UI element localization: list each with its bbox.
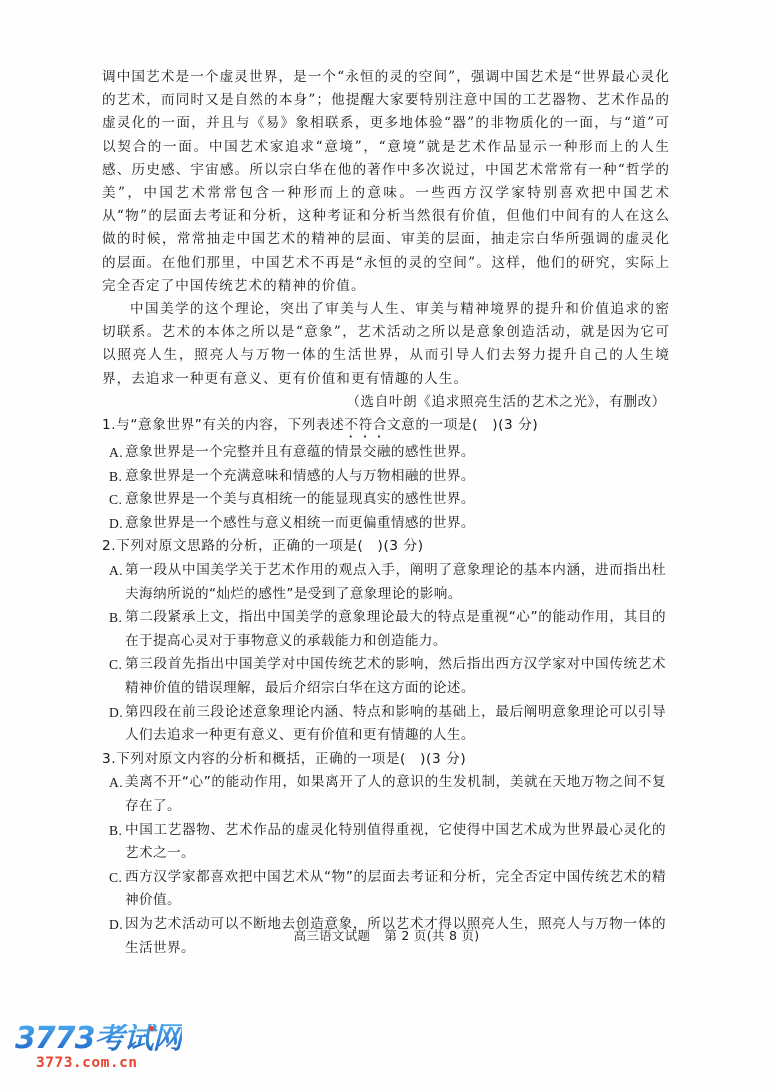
option-text: 意象世界是一个美与真相统一的能显现真实的感性世界。: [125, 488, 670, 512]
logo-3773-icon: 3773考试网: [15, 1024, 182, 1054]
passage-source: （选自叶朗《追求照亮生活的艺术之光》，有删改）: [102, 391, 670, 414]
option-letter: D.: [109, 512, 125, 536]
option-letter: C.: [109, 488, 125, 512]
option-c: C.第三段首先指出中国美学对中国传统艺术的影响，然后指出西方汉学家对中国传统艺术…: [102, 653, 670, 700]
option-b: B.第二段紧承上文，指出中国美学的意象理论最大的特点是重视“心”的能动作用，其目…: [102, 606, 670, 653]
option-d: D.第四段在前三段论述意象理论内涵、特点和影响的基础上，最后阐明意象理论可以引导…: [102, 701, 670, 748]
page-number: 第 2 页(共 8 页): [384, 928, 479, 943]
stem-text: 与“意象世界”有关的内容，下列表述: [116, 417, 344, 433]
option-text: 第二段紧承上文，指出中国美学的意象理论最大的特点是重视“心”的能动作用，其目的在…: [125, 606, 670, 653]
option-letter: A.: [109, 441, 125, 465]
option-b: B.意象世界是一个充满意味和情感的人与万物相融的世界。: [102, 465, 670, 489]
question-number: 1.: [102, 417, 116, 433]
page-footer: 高三语文试题第 2 页(共 8 页): [0, 926, 773, 944]
option-text: 第一段从中国美学关于艺术作用的观点入手，阐明了意象理论的基本内涵，进而指出杜夫海…: [125, 559, 670, 606]
option-a: A.第一段从中国美学关于艺术作用的观点入手，阐明了意象理论的基本内涵，进而指出杜…: [102, 559, 670, 606]
option-letter: C.: [109, 653, 125, 700]
question-stem: 1.与“意象世界”有关的内容，下列表述不符合文意的一项是( )(3 分): [102, 414, 670, 441]
option-text: 中国工艺器物、艺术作品的虚灵化特别值得重视，它使得中国艺术成为世界最心灵化的艺术…: [125, 819, 670, 866]
option-b: B.中国工艺器物、艺术作品的虚灵化特别值得重视，它使得中国艺术成为世界最心灵化的…: [102, 819, 670, 866]
question-stem: 3.下列对原文内容的分析和概括，正确的一项是( )(3 分): [102, 748, 670, 772]
option-letter: D.: [109, 701, 125, 748]
option-c: C.意象世界是一个美与真相统一的能显现真实的感性世界。: [102, 488, 670, 512]
option-text: 西方汉学家都喜欢把中国艺术从“物”的层面去考证和分析，完全否定中国传统艺术的精神…: [125, 866, 670, 913]
question-number: 3.: [102, 751, 116, 767]
exam-page: 调中国艺术是一个虚灵世界，是一个“永恒的灵的空间”，强调中国艺术是“世界最心灵化…: [0, 0, 773, 1092]
question-number: 2.: [102, 538, 116, 554]
page-content: 调中国艺术是一个虚灵世界，是一个“永恒的灵的空间”，强调中国艺术是“世界最心灵化…: [102, 66, 670, 960]
option-letter: B.: [109, 606, 125, 653]
watermark-logo[interactable]: 3773考试网 3773.com.cn: [15, 1024, 175, 1074]
passage-paragraph-2: 中国美学的这个理论，突出了审美与人生、审美与精神境界的提升和价值追求的密切联系。…: [102, 298, 670, 391]
passage-paragraph-1: 调中国艺术是一个虚灵世界，是一个“永恒的灵的空间”，强调中国艺术是“世界最心灵化…: [102, 66, 670, 298]
option-text: 意象世界是一个完整并且有意蕴的情景交融的感性世界。: [125, 441, 670, 465]
stem-text-end: 文意的一项是( )(3 分): [387, 417, 538, 433]
question-2: 2.下列对原文思路的分析，正确的一项是( )(3 分) A.第一段从中国美学关于…: [102, 535, 670, 747]
question-stem: 2.下列对原文思路的分析，正确的一项是( )(3 分): [102, 535, 670, 559]
watermark-domain[interactable]: 3773.com.cn: [36, 1055, 138, 1071]
option-a: A.美离不开“心”的能动作用，如果离开了人的意识的生发机制，美就在天地万物之间不…: [102, 771, 670, 818]
option-letter: A.: [109, 771, 125, 818]
option-letter: B.: [109, 819, 125, 866]
option-text: 第四段在前三段论述意象理论内涵、特点和影响的基础上，最后阐明意象理论可以引导人们…: [125, 701, 670, 748]
logo-dot-icon: [149, 1026, 154, 1031]
stem-text: 下列对原文内容的分析和概括，正确的一项是( )(3 分): [116, 751, 466, 767]
stem-emphasis: 不符合: [344, 417, 387, 433]
option-letter: B.: [109, 465, 125, 489]
option-a: A.意象世界是一个完整并且有意蕴的情景交融的感性世界。: [102, 441, 670, 465]
option-c: C.西方汉学家都喜欢把中国艺术从“物”的层面去考证和分析，完全否定中国传统艺术的…: [102, 866, 670, 913]
exam-title: 高三语文试题: [294, 928, 371, 943]
option-letter: A.: [109, 559, 125, 606]
stem-text: 下列对原文思路的分析，正确的一项是( )(3 分): [116, 538, 423, 554]
option-letter: C.: [109, 866, 125, 913]
option-text: 美离不开“心”的能动作用，如果离开了人的意识的生发机制，美就在天地万物之间不复存…: [125, 771, 670, 818]
option-d: D.意象世界是一个感性与意义相统一而更偏重情感的世界。: [102, 512, 670, 536]
option-text: 意象世界是一个充满意味和情感的人与万物相融的世界。: [125, 465, 670, 489]
question-1: 1.与“意象世界”有关的内容，下列表述不符合文意的一项是( )(3 分) A.意…: [102, 414, 670, 535]
option-text: 第三段首先指出中国美学对中国传统艺术的影响，然后指出西方汉学家对中国传统艺术精神…: [125, 653, 670, 700]
option-text: 意象世界是一个感性与意义相统一而更偏重情感的世界。: [125, 512, 670, 536]
